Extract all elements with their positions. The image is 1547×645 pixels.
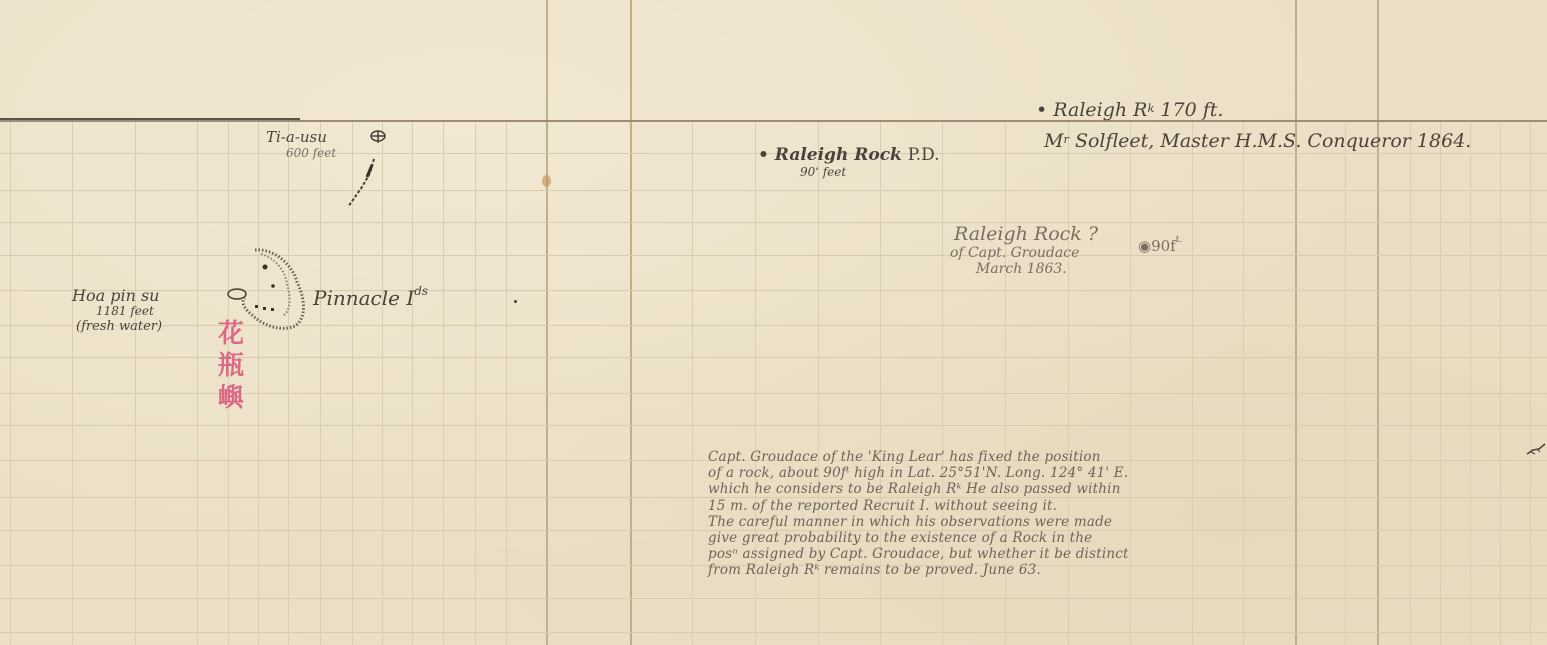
grid-line <box>443 122 444 645</box>
grid-line <box>288 122 289 645</box>
grid-line <box>0 598 1547 599</box>
label-hoa-pin-su: Hoa pin su <box>72 286 159 305</box>
note-line: The careful manner in which his observat… <box>708 514 1296 530</box>
grid-line <box>475 122 476 645</box>
grid-line <box>1530 122 1531 645</box>
meridian-line <box>630 0 632 645</box>
note-line: Capt. Groudace of the 'King Lear' has fi… <box>708 449 1296 465</box>
grid-line <box>320 122 321 645</box>
note-line: which he considers to be Raleigh Rᵏ He a… <box>708 481 1296 497</box>
label-raleigh-rock-query: Raleigh Rock ? <box>954 224 1098 244</box>
grid-line <box>135 122 136 645</box>
label-raleigh-rk-170: • Raleigh Rk 170 ft. <box>1036 100 1223 120</box>
grid-line <box>0 222 1547 223</box>
grid-line <box>10 122 11 645</box>
note-line: of a rock, about 90fᵗ high in Lat. 25°51… <box>708 465 1296 481</box>
grid-line <box>258 122 259 645</box>
label-raleigh-rock-query-height: ◉90ft. <box>1138 237 1182 255</box>
grid-line <box>692 122 693 645</box>
grid-line <box>412 122 413 645</box>
neatline-dark-segment <box>0 118 300 120</box>
meridian-line <box>1377 0 1379 645</box>
rock-dot-icon: • <box>758 145 775 165</box>
island-ti-a-usu-icon <box>368 128 388 144</box>
sounding-dot <box>514 300 517 303</box>
label-raleigh-rock-pd: • Raleigh Rock P.D. <box>758 146 940 164</box>
grid-line <box>0 425 1547 426</box>
rock-dot-icon: • <box>1036 99 1053 121</box>
label-raleigh-rock-query-source: of Capt. Groudace <box>950 247 1079 260</box>
groudace-note: Capt. Groudace of the 'King Lear' has fi… <box>708 449 1296 579</box>
grid-line <box>1440 122 1441 645</box>
note-line: posⁿ assigned by Capt. Groudace, but whe… <box>708 546 1296 562</box>
grid-line <box>1500 122 1501 645</box>
grid-line <box>1410 122 1411 645</box>
label-hoa-pin-su-height: 1181 feet <box>96 305 154 318</box>
coastline-fragment-icon <box>1525 440 1547 460</box>
cjk-annotation-huapingyu: 花 瓶 嶼 <box>206 318 256 414</box>
paper-stain <box>542 175 551 187</box>
islet-chain-icon <box>340 155 380 210</box>
grid-line <box>382 122 383 645</box>
note-line: from Raleigh Rᵏ remains to be proved. Ju… <box>708 562 1296 578</box>
grid-line <box>1470 122 1471 645</box>
label-ti-a-usu: Ti-a-usu <box>266 128 327 146</box>
label-raleigh-rock-query-date: March 1863. <box>976 263 1067 276</box>
note-line: 15 m. of the reported Recruit I. without… <box>708 498 1296 514</box>
grid-line <box>0 190 1547 191</box>
grid-line <box>197 122 198 645</box>
grid-line <box>506 122 507 645</box>
rock-circle-icon: ◉ <box>1138 237 1151 255</box>
label-hoa-pin-su-note: (fresh water) <box>76 320 162 333</box>
label-pinnacle-islands: Pinnacle Ids <box>313 286 428 310</box>
meridian-line <box>546 0 548 645</box>
grid-line <box>1345 122 1346 645</box>
label-ti-a-usu-height: 600 feet <box>286 147 336 160</box>
label-raleigh-rock-pd-height: 90° feet <box>800 166 846 179</box>
label-solfleet-source: Mr Solfleet, Master H.M.S. Conqueror 186… <box>1044 131 1471 151</box>
neatline <box>0 120 1547 122</box>
grid-line <box>0 632 1547 633</box>
note-line: give great probability to the existence … <box>708 530 1296 546</box>
grid-line <box>72 122 73 645</box>
